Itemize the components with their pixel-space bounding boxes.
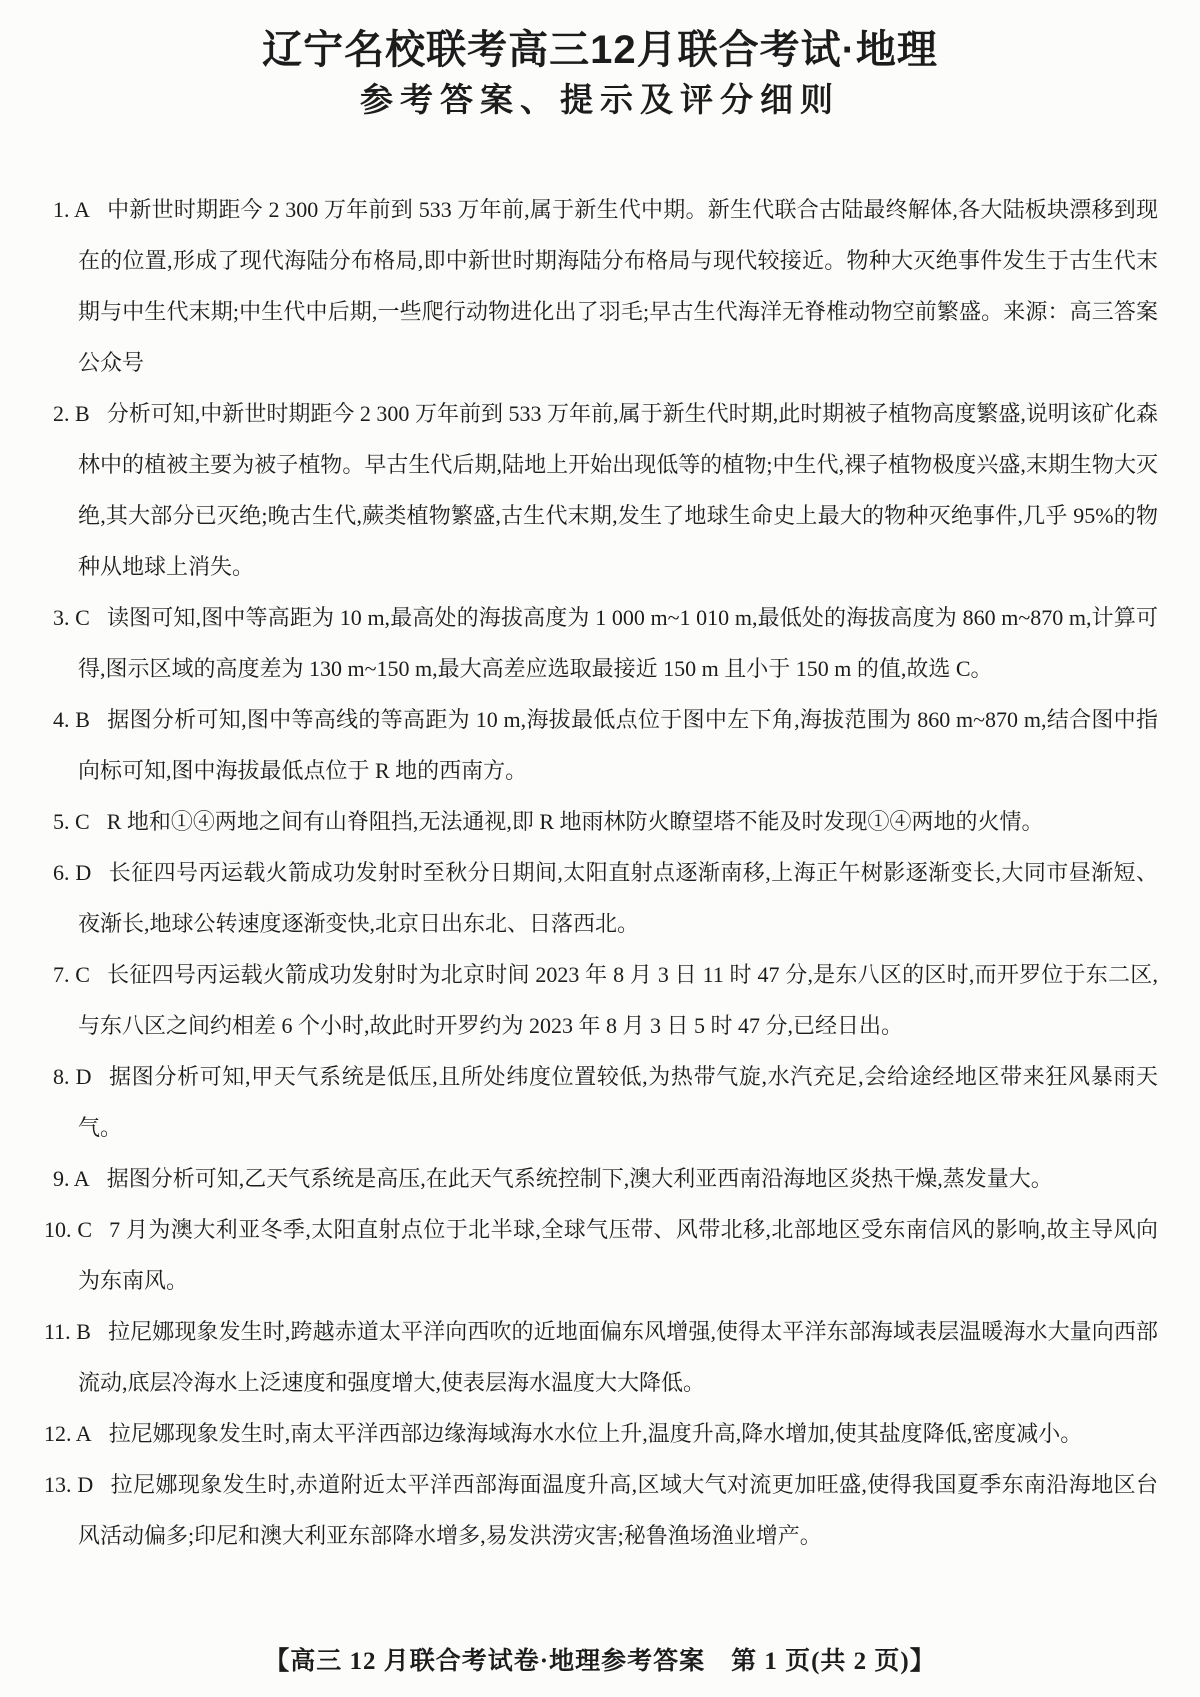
answer-text: 据图分析可知,甲天气系统是低压,且所处纬度位置较低,为热带气旋,水汽充足,会给途… (78, 1064, 1158, 1140)
answer-list: 1. A中新世时期距今 2 300 万年前到 533 万年前,属于新生代中期。新… (78, 184, 1158, 1561)
answer-item-9: 9. A据图分析可知,乙天气系统是高压,在此天气系统控制下,澳大利亚西南沿海地区… (78, 1153, 1158, 1204)
answer-text: 7 月为澳大利亚冬季,太阳直射点位于北半球,全球气压带、风带北移,北部地区受东南… (78, 1217, 1158, 1293)
answer-label: 4. B (53, 707, 90, 732)
answer-item-11: 11. B拉尼娜现象发生时,跨越赤道太平洋向西吹的近地面偏东风增强,使得太平洋东… (78, 1306, 1158, 1408)
answer-label: 3. C (53, 605, 90, 630)
answer-label: 11. B (44, 1319, 91, 1344)
answer-item-8: 8. D据图分析可知,甲天气系统是低压,且所处纬度位置较低,为热带气旋,水汽充足… (78, 1051, 1158, 1153)
document-page: 辽宁名校联考高三12月联合考试·地理 参考答案、提示及评分细则 1. A中新世时… (0, 0, 1200, 1697)
answer-text: 拉尼娜现象发生时,南太平洋西部边缘海域海水水位上升,温度升高,降水增加,使其盐度… (109, 1421, 1083, 1446)
answer-text: 长征四号丙运载火箭成功发射时至秋分日期间,太阳直射点逐渐南移,上海正午树影逐渐变… (78, 860, 1158, 936)
exam-subtitle: 参考答案、提示及评分细则 (0, 78, 1200, 122)
footer-prefix: 【高三 12 月联合考试卷· (264, 1648, 549, 1675)
answer-text: 据图分析可知,乙天气系统是高压,在此天气系统控制下,澳大利亚西南沿海地区炎热干燥… (107, 1166, 1053, 1191)
answer-text: R 地和①④两地之间有山脊阻挡,无法通视,即 R 地雨林防火瞭望塔不能及时发现①… (107, 809, 1044, 834)
answer-label: 10. C (44, 1217, 92, 1242)
exam-title: 辽宁名校联考高三12月联合考试·地理 (0, 24, 1200, 76)
answer-label: 1. A (53, 197, 90, 222)
answer-item-6: 6. D长征四号丙运载火箭成功发射时至秋分日期间,太阳直射点逐渐南移,上海正午树… (78, 847, 1158, 949)
footer-subject: 地理参考答案 (549, 1648, 705, 1675)
answer-text: 长征四号丙运载火箭成功发射时为北京时间 2023 年 8 月 3 日 11 时 … (78, 962, 1158, 1038)
answer-label: 13. D (44, 1472, 93, 1497)
answer-item-7: 7. C长征四号丙运载火箭成功发射时为北京时间 2023 年 8 月 3 日 1… (78, 949, 1158, 1051)
answer-item-2: 2. B分析可知,中新世时期距今 2 300 万年前到 533 万年前,属于新生… (78, 388, 1158, 592)
answer-label: 9. A (53, 1166, 90, 1191)
answer-item-12: 12. A拉尼娜现象发生时,南太平洋西部边缘海域海水水位上升,温度升高,降水增加… (78, 1408, 1158, 1459)
answer-text: 拉尼娜现象发生时,跨越赤道太平洋向西吹的近地面偏东风增强,使得太平洋东部海域表层… (78, 1319, 1158, 1395)
answer-label: 8. D (53, 1064, 92, 1089)
page-header: 辽宁名校联考高三12月联合考试·地理 参考答案、提示及评分细则 (0, 0, 1200, 122)
page-footer: 【高三 12 月联合考试卷·地理参考答案 第 1 页(共 2 页)】 (0, 1641, 1200, 1677)
footer-page-number: 第 1 页(共 2 页)】 (705, 1648, 936, 1675)
answer-item-4: 4. B据图分析可知,图中等高线的等高距为 10 m,海拔最低点位于图中左下角,… (78, 694, 1158, 796)
answer-text: 拉尼娜现象发生时,赤道附近太平洋西部海面温度升高,区域大气对流更加旺盛,使得我国… (78, 1472, 1158, 1548)
answer-item-10: 10. C7 月为澳大利亚冬季,太阳直射点位于北半球,全球气压带、风带北移,北部… (78, 1204, 1158, 1306)
answer-text: 据图分析可知,图中等高线的等高距为 10 m,海拔最低点位于图中左下角,海拔范围… (78, 707, 1158, 783)
answer-text: 分析可知,中新世时期距今 2 300 万年前到 533 万年前,属于新生代时期,… (78, 401, 1158, 579)
answer-item-1: 1. A中新世时期距今 2 300 万年前到 533 万年前,属于新生代中期。新… (78, 184, 1158, 388)
answer-item-5: 5. CR 地和①④两地之间有山脊阻挡,无法通视,即 R 地雨林防火瞭望塔不能及… (78, 796, 1158, 847)
answer-item-13: 13. D拉尼娜现象发生时,赤道附近太平洋西部海面温度升高,区域大气对流更加旺盛… (78, 1459, 1158, 1561)
answer-text: 中新世时期距今 2 300 万年前到 533 万年前,属于新生代中期。新生代联合… (78, 197, 1158, 375)
answer-label: 2. B (53, 401, 90, 426)
answer-label: 12. A (44, 1421, 92, 1446)
answer-item-3: 3. C读图可知,图中等高距为 10 m,最高处的海拔高度为 1 000 m~1… (78, 592, 1158, 694)
answer-text: 读图可知,图中等高距为 10 m,最高处的海拔高度为 1 000 m~1 010… (78, 605, 1158, 681)
answer-label: 5. C (53, 809, 90, 834)
answer-label: 6. D (53, 860, 91, 885)
answer-label: 7. C (53, 962, 90, 987)
